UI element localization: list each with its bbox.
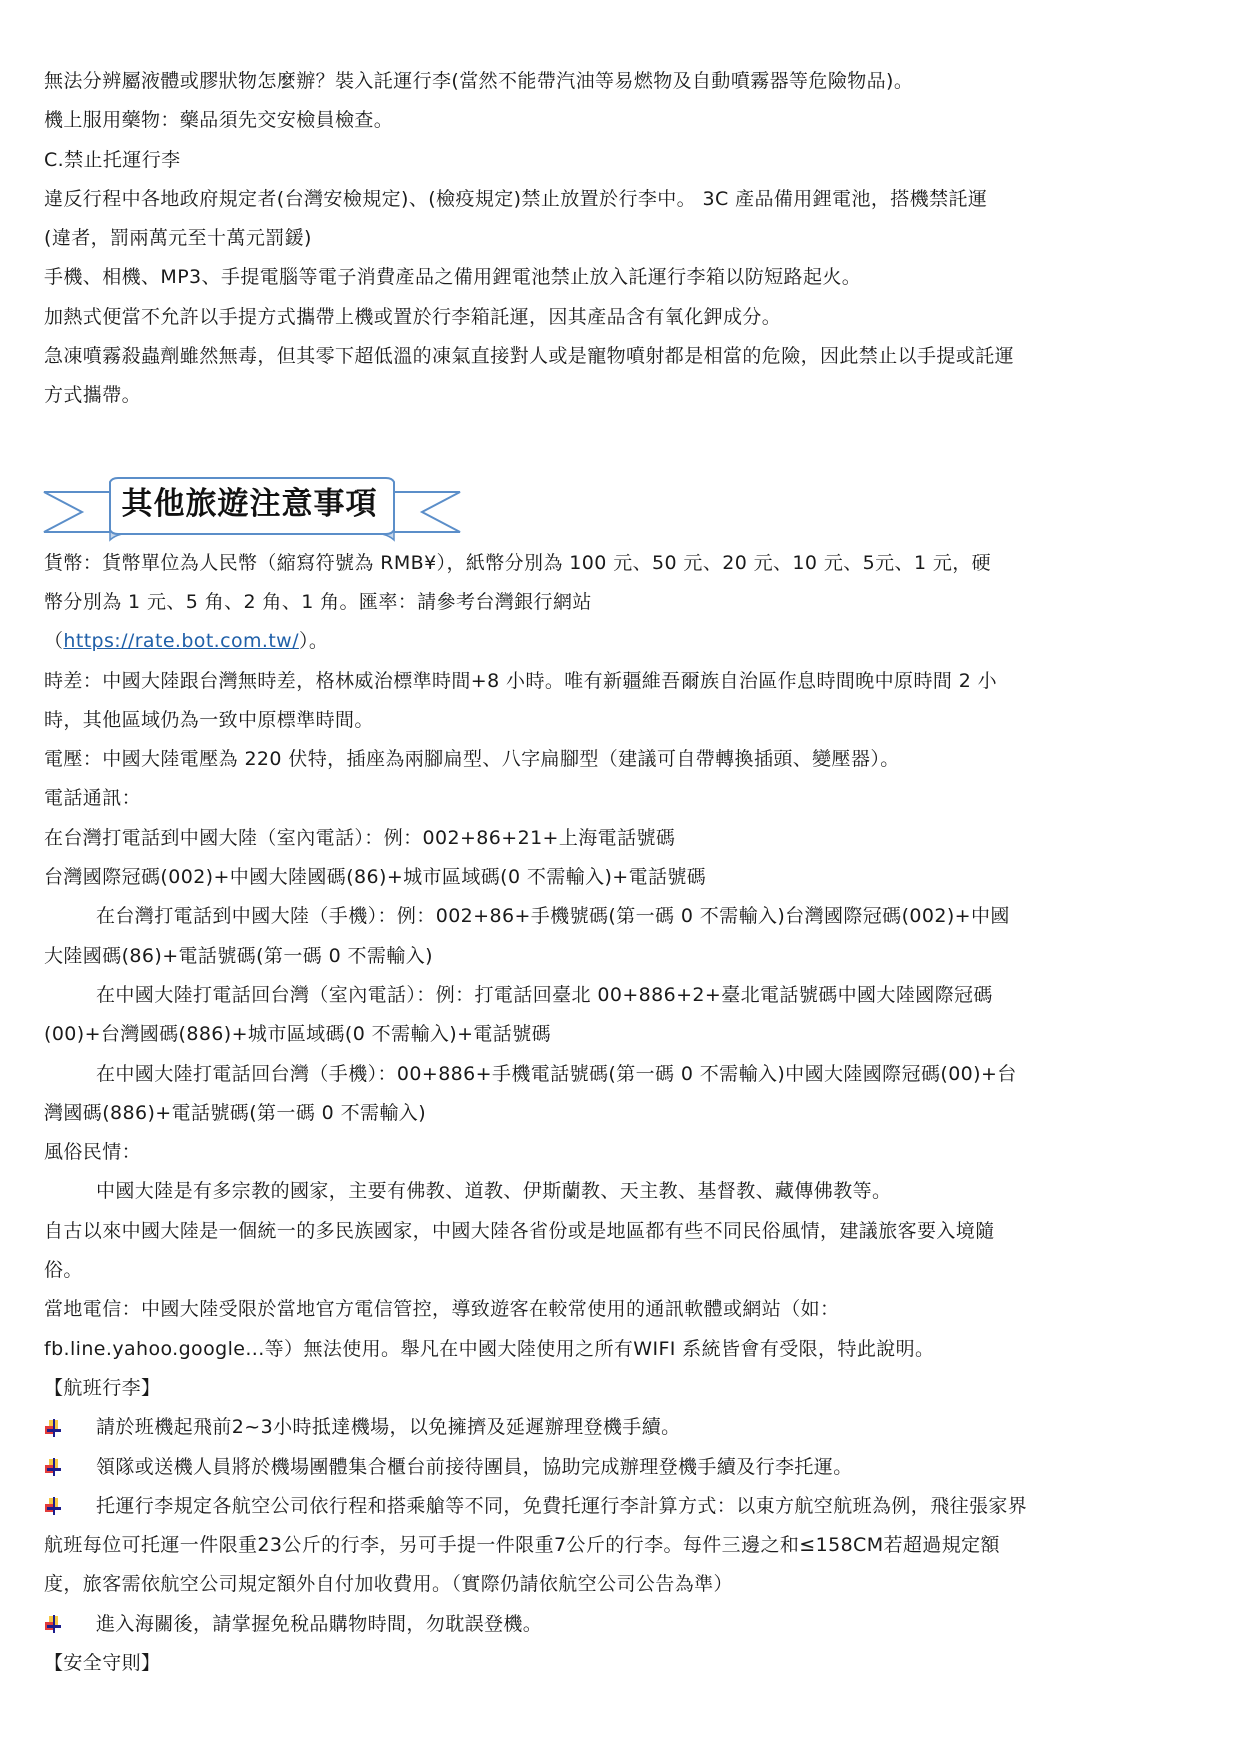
- exchange-rate-link[interactable]: https://rate.bot.com.tw/: [63, 630, 299, 652]
- phone-line: 台灣國際冠碼(002)+中國大陸國碼(86)+城市區域碼(0 不需輸入)+電話號…: [44, 858, 1204, 897]
- text-line: 違反行程中各地政府規定者(台灣安檢規定)、(檢疫規定)禁止放置於行李中。 3C …: [44, 180, 1204, 219]
- spacer: [44, 416, 1204, 474]
- timezone-line: 時差：中國大陸跟台灣無時差，格林威治標準時間+8 小時。唯有新疆維吾爾族自治區作…: [44, 662, 1204, 701]
- telecom-line: 當地電信：中國大陸受限於當地官方電信管控，導致遊客在較常使用的通訊軟體或網站（如…: [44, 1290, 1204, 1329]
- bullet-icon: [44, 1614, 64, 1634]
- text-line: (違者，罰兩萬元至十萬元罰鍰): [44, 219, 1204, 258]
- text-line: 加熱式便當不允許以手提方式攜帶上機或置於行李箱託運，因其產品含有氧化鉀成分。: [44, 298, 1204, 337]
- phone-line: 大陸國碼(86)+電話號碼(第一碼 0 不需輸入): [44, 937, 1204, 976]
- bullet-continuation: 航班每位可托運一件限重23公斤的行李，另可手提一件限重7公斤的行李。每件三邊之和…: [44, 1526, 1204, 1565]
- safety-heading: 【安全守則】: [44, 1644, 1204, 1683]
- timezone-line: 時，其他區域仍為一致中原標準時間。: [44, 701, 1204, 740]
- flight-heading: 【航班行李】: [44, 1369, 1204, 1408]
- customs-line: 自古以來中國大陸是一個統一的多民族國家，中國大陸各省份或是地區都有些不同民俗風情…: [44, 1212, 1204, 1251]
- phone-line: (00)+台灣國碼(886)+城市區域碼(0 不需輸入)+電話號碼: [44, 1015, 1204, 1054]
- exchange-rate-link-line: （https://rate.bot.com.tw/）。: [44, 622, 1204, 661]
- bullet-text: 進入海關後，請掌握免稅品購物時間，勿耽誤登機。: [96, 1605, 542, 1644]
- bullet-icon: [44, 1457, 64, 1477]
- customs-line: 中國大陸是有多宗教的國家，主要有佛教、道教、伊斯蘭教、天主教、基督教、藏傳佛教等…: [44, 1172, 1204, 1211]
- currency-line: 貨幣：貨幣單位為人民幣（縮寫符號為 RMB¥），紙幣分別為 100 元、50 元…: [44, 544, 1204, 583]
- paren-open: （: [44, 630, 63, 652]
- telecom-line: fb.line.yahoo.google...等）無法使用。舉凡在中國大陸使用之…: [44, 1330, 1204, 1369]
- paren-close: ）。: [299, 630, 328, 652]
- bullet-icon: [44, 1496, 64, 1516]
- phone-line: 在台灣打電話到中國大陸（室內電話）：例：002+86+21+上海電話號碼: [44, 819, 1204, 858]
- flight-bullet-item: 請於班機起飛前2~3小時抵達機場，以免擁擠及延遲辦理登機手續。: [44, 1408, 1204, 1447]
- section-label: C.禁止托運行李: [44, 141, 1204, 180]
- bullet-continuation: 度，旅客需依航空公司規定額外自付加收費用。（實際仍請依航空公司公告為準）: [44, 1565, 1204, 1604]
- banner-title: 其他旅遊注意事項: [112, 478, 387, 530]
- flight-bullet-item: 領隊或送機人員將於機場團體集合櫃台前接待團員，協助完成辦理登機手續及行李托運。: [44, 1448, 1204, 1487]
- text-line: 急凍噴霧殺蟲劑雖然無毒，但其零下超低溫的凍氣直接對人或是寵物噴射都是相當的危險，…: [44, 337, 1204, 376]
- bullet-text: 托運行李規定各航空公司依行程和搭乘艙等不同，免費托運行李計算方式：以東方航空航班…: [96, 1487, 1027, 1526]
- phone-heading: 電話通訊：: [44, 779, 1204, 818]
- customs-line: 俗。: [44, 1251, 1204, 1290]
- flight-bullet-item: 進入海關後，請掌握免稅品購物時間，勿耽誤登機。: [44, 1605, 1204, 1644]
- text-line: 無法分辨屬液體或膠狀物怎麼辦？裝入託運行李(當然不能帶汽油等易燃物及自動噴霧器等…: [44, 62, 1204, 101]
- bullet-icon: [44, 1418, 64, 1438]
- phone-line: 灣國碼(886)+電話號碼(第一碼 0 不需輸入): [44, 1094, 1204, 1133]
- currency-line: 幣分別為 1 元、5 角、2 角、1 角。匯率：請參考台灣銀行網站: [44, 583, 1204, 622]
- text-line: 手機、相機、MP3、手提電腦等電子消費產品之備用鋰電池禁止放入託運行李箱以防短路…: [44, 258, 1204, 297]
- phone-line: 在中國大陸打電話回台灣（手機）：00+886+手機電話號碼(第一碼 0 不需輸入…: [44, 1055, 1204, 1094]
- section-banner: 其他旅遊注意事項: [42, 474, 462, 544]
- customs-heading: 風俗民情：: [44, 1133, 1204, 1172]
- phone-line: 在中國大陸打電話回台灣（室內電話）：例：打電話回臺北 00+886+2+臺北電話…: [44, 976, 1204, 1015]
- text-line: 方式攜帶。: [44, 376, 1204, 415]
- phone-line: 在台灣打電話到中國大陸（手機）：例：002+86+手機號碼(第一碼 0 不需輸入…: [44, 897, 1204, 936]
- flight-bullet-item: 托運行李規定各航空公司依行程和搭乘艙等不同，免費托運行李計算方式：以東方航空航班…: [44, 1487, 1204, 1526]
- voltage-line: 電壓：中國大陸電壓為 220 伏特，插座為兩腳扁型、八字扁腳型（建議可自帶轉換插…: [44, 740, 1204, 779]
- bullet-text: 請於班機起飛前2~3小時抵達機場，以免擁擠及延遲辦理登機手續。: [96, 1408, 681, 1447]
- text-line: 機上服用藥物：藥品須先交安檢員檢查。: [44, 101, 1204, 140]
- bullet-text: 領隊或送機人員將於機場團體集合櫃台前接待團員，協助完成辦理登機手續及行李托運。: [96, 1448, 853, 1487]
- document-page: 無法分辨屬液體或膠狀物怎麼辦？裝入託運行李(當然不能帶汽油等易燃物及自動噴霧器等…: [44, 62, 1204, 1683]
